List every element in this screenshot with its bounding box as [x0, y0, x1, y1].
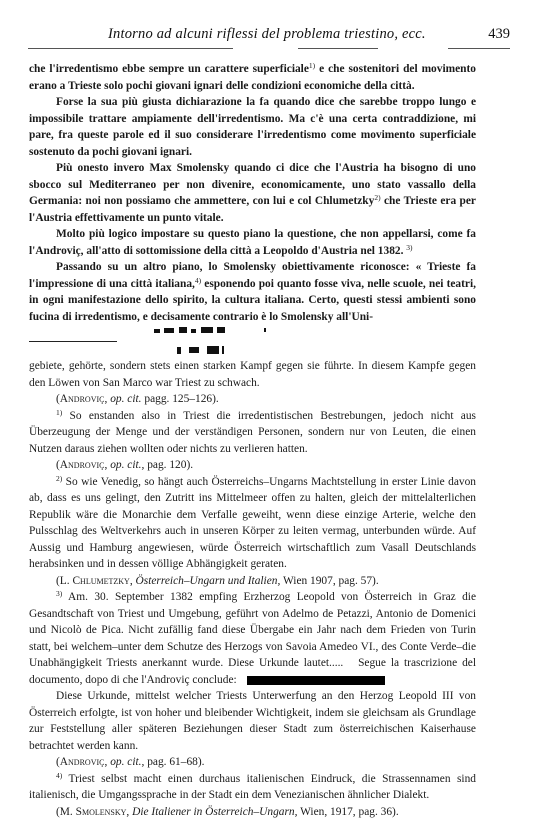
scan-artifact — [179, 327, 187, 333]
citation-0: (Androviç, op. cit. pagg. 125–126). — [29, 391, 476, 408]
footnote-ref-4[interactable]: 4) — [195, 276, 201, 285]
scan-artifact — [264, 328, 266, 332]
citation-2: (L. Chlumetzky, Österreich–Ungarn und It… — [29, 573, 476, 590]
footnote-2: 2) So wie Venedig, so hängt auch Österre… — [29, 474, 476, 573]
footnote-continuation: gebiete, gehörte, sondern stets einen st… — [29, 358, 476, 391]
main-text: che l'irredentismo ebbe sempre un caratt… — [29, 61, 476, 820]
citation-3: (Androviç, op. cit., pag. 61–68). — [29, 754, 476, 771]
scan-artifact — [177, 347, 181, 354]
page-number: 439 — [488, 26, 510, 43]
footnote-1: 1) So enstanden also in Triest die irred… — [29, 408, 476, 458]
footnote-ref-3[interactable]: 3) — [406, 243, 412, 252]
footnote-ref-1[interactable]: 1) — [309, 61, 315, 70]
footnote-4: 4) Triest selbst macht einen durchaus it… — [29, 771, 476, 804]
footnote-ref-2[interactable]: 2) — [374, 193, 380, 202]
paragraph-2: Forse la sua più giusta dichiarazione la… — [29, 94, 476, 160]
footnote-3-quote: Diese Urkunde, mittelst welcher Triests … — [29, 688, 476, 754]
scan-artifact — [191, 329, 196, 333]
citation-1: (Androviç, op. cit., pag. 120). — [29, 457, 476, 474]
running-title: Intorno ad alcuni riflessi del problema … — [108, 26, 426, 43]
scan-artifact — [201, 327, 213, 333]
page-header: Intorno ad alcuni riflessi del problema … — [28, 26, 510, 48]
book-page: Intorno ad alcuni riflessi del problema … — [0, 0, 550, 830]
footnote-rule — [29, 341, 117, 342]
scan-artifact — [189, 347, 199, 353]
scan-artifact — [217, 327, 225, 333]
paragraph-1: che l'irredentismo ebbe sempre un caratt… — [29, 61, 476, 94]
footnote-separator-area — [29, 325, 476, 358]
footnotes: gebiete, gehörte, sondern stets einen st… — [29, 358, 476, 820]
redaction-bar — [247, 676, 385, 685]
scan-artifact — [154, 329, 160, 333]
paragraph-4: Molto più logico impostare su questo pia… — [29, 226, 476, 259]
citation-4: (M. Smolensky, Die Italiener in Österrei… — [29, 804, 476, 821]
footnote-3: 3) Am. 30. September 1382 empfing Erzher… — [29, 589, 476, 688]
header-rule-mid — [298, 48, 378, 49]
scan-artifact — [222, 346, 224, 354]
header-rule-left — [28, 48, 233, 49]
paragraph-3: Più onesto invero Max Smolensky quando c… — [29, 160, 476, 226]
scan-artifact — [207, 346, 219, 354]
header-rule-right — [448, 48, 510, 49]
scan-artifact — [164, 328, 174, 333]
paragraph-5: Passando su un altro piano, lo Smolensky… — [29, 259, 476, 325]
